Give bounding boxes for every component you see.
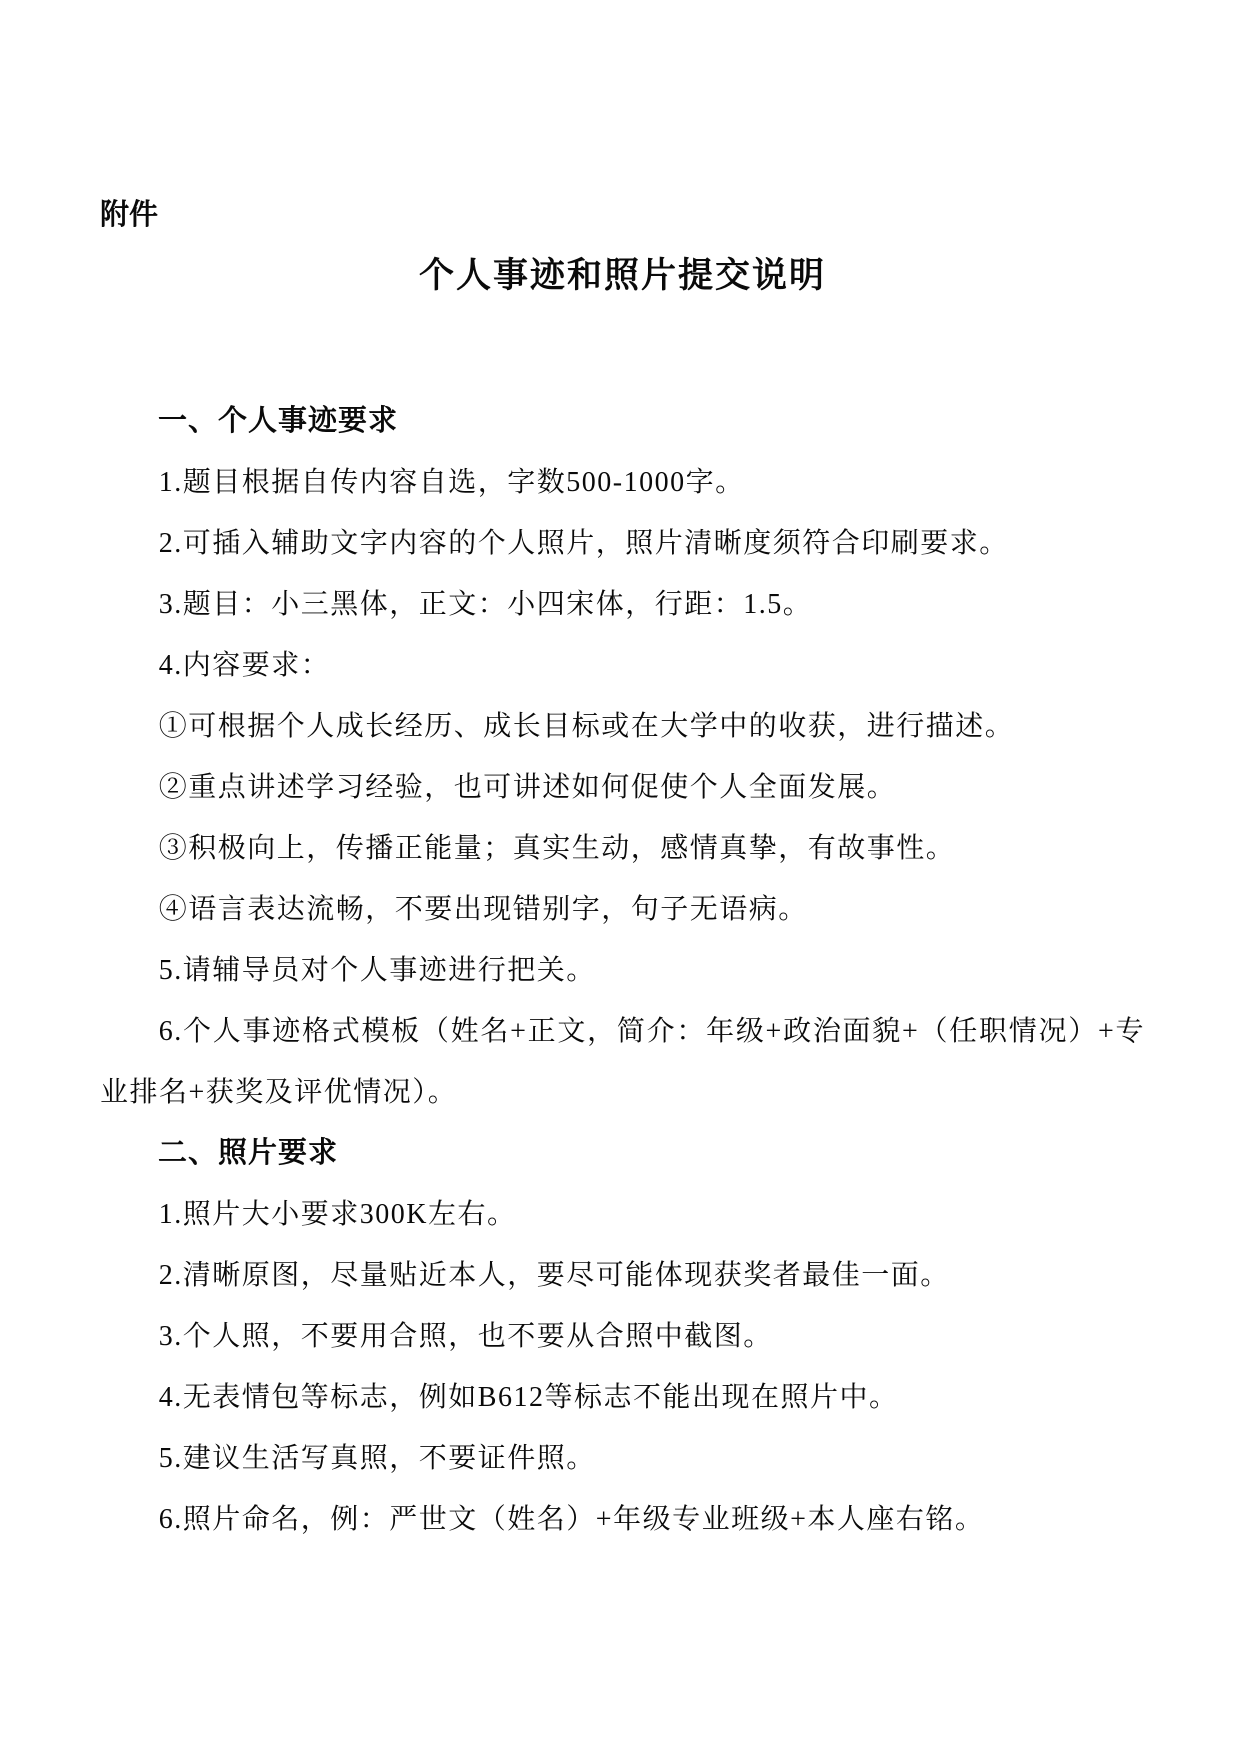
- paragraph: 4.内容要求：: [100, 635, 1145, 696]
- paragraph: 6.个人事迹格式模板（姓名+正文，简介：年级+政治面貌+（任职情况）+专业排名+…: [100, 1001, 1145, 1123]
- paragraph: ③积极向上，传播正能量；真实生动，感情真挚，有故事性。: [100, 818, 1145, 879]
- document-title: 个人事迹和照片提交说明: [100, 254, 1145, 298]
- paragraph: ②重点讲述学习经验，也可讲述如何促使个人全面发展。: [100, 757, 1145, 818]
- paragraph: 1.题目根据自传内容自选，字数500-1000字。: [100, 452, 1145, 513]
- paragraph: 2.清晰原图，尽量贴近本人，要尽可能体现获奖者最佳一面。: [100, 1245, 1145, 1306]
- paragraph: 5.请辅导员对个人事迹进行把关。: [100, 940, 1145, 1001]
- section-heading-2: 二、照片要求: [100, 1123, 1145, 1184]
- paragraph: 6.照片命名，例：严世文（姓名）+年级专业班级+本人座右铭。: [100, 1489, 1145, 1550]
- paragraph: ④语言表达流畅，不要出现错别字，句子无语病。: [100, 879, 1145, 940]
- document-body: 一、个人事迹要求1.题目根据自传内容自选，字数500-1000字。2.可插入辅助…: [100, 391, 1145, 1550]
- paragraph: ①可根据个人成长经历、成长目标或在大学中的收获，进行描述。: [100, 696, 1145, 757]
- paragraph: 3.题目：小三黑体，正文：小四宋体，行距：1.5。: [100, 574, 1145, 635]
- paragraph: 3.个人照，不要用合照，也不要从合照中截图。: [100, 1306, 1145, 1367]
- attachment-label: 附件: [100, 196, 1145, 234]
- paragraph: 4.无表情包等标志，例如B612等标志不能出现在照片中。: [100, 1367, 1145, 1428]
- document-page: 附件 个人事迹和照片提交说明 一、个人事迹要求1.题目根据自传内容自选，字数50…: [0, 0, 1240, 1754]
- paragraph: 2.可插入辅助文字内容的个人照片，照片清晰度须符合印刷要求。: [100, 513, 1145, 574]
- paragraph: 5.建议生活写真照，不要证件照。: [100, 1428, 1145, 1489]
- section-heading-1: 一、个人事迹要求: [100, 391, 1145, 452]
- paragraph: 1.照片大小要求300K左右。: [100, 1184, 1145, 1245]
